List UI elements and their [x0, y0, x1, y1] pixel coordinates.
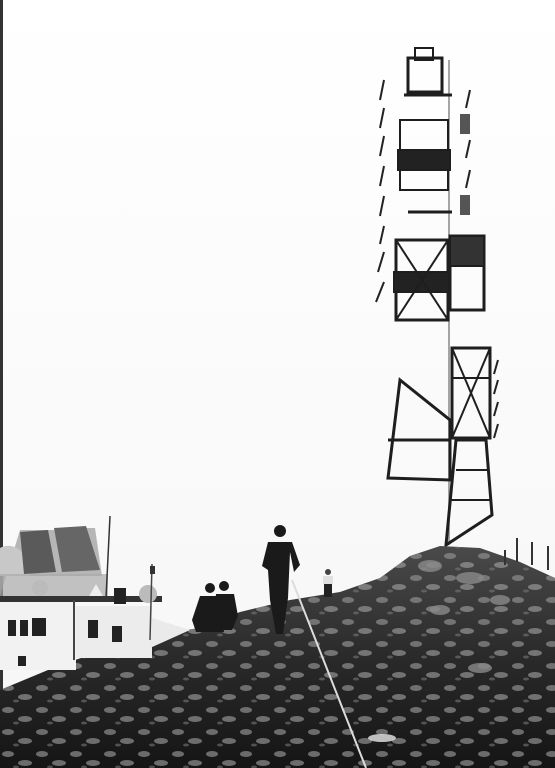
photograph: [0, 0, 555, 768]
photo-scene: [0, 0, 555, 768]
